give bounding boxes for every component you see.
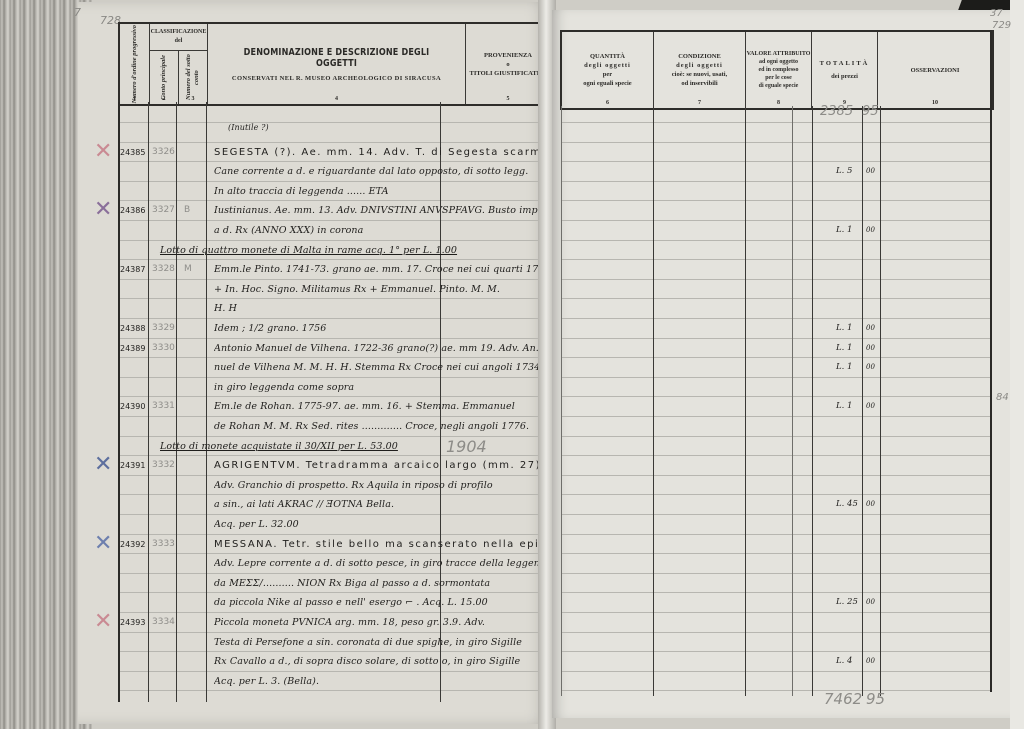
main-account-number: 3326 [152,147,175,157]
price-cents: 00 [866,402,875,410]
column-number: 2 [150,96,178,102]
entry-description-line: Adv. Granchio di prospetto. Rx Aquila in… [214,480,493,491]
ruled-line [119,651,548,652]
right-page-edge [1010,0,1024,729]
ruled-line [562,220,990,221]
main-account-number: 3330 [152,343,175,353]
header-col-price-total: TOTALITÀ dei prezzi 9 [812,32,878,108]
entry-description-line: a sin., ai lati AKRAC // ƎOTNA Bella. [214,499,394,510]
ruled-line [119,494,548,495]
header-label: CLASSIFICAZIONE [151,28,207,37]
ruled-line [119,122,548,123]
carry-forward-cents: 95 [862,104,879,119]
ruled-line [119,220,548,221]
column-number: 4 [208,96,465,102]
entry-number: 24388 [120,324,145,333]
entry-number: 24391 [120,461,145,470]
column-divider [176,102,177,702]
entry-description-line: in giro leggenda come sopra [214,382,354,393]
ruled-line [119,573,548,574]
pencil-year-note: 1904 [446,437,487,456]
ruled-line [562,396,990,397]
column-number: 6 [562,100,653,106]
entry-description-line: Cane corrente a d. e riguardante dal lat… [214,166,528,177]
cross-mark: ✕ [94,611,112,633]
header-label: degli oggetti [676,61,723,70]
ruled-line [562,592,990,593]
entry-description-line: MESSANA. Tetr. stile bello ma scanserato… [214,539,544,550]
entry-description-line: Rx Cavallo a d., di sopra disco solare, … [214,656,520,667]
ruled-line [119,416,548,417]
right-page-border [990,30,992,692]
ruled-line [562,436,990,437]
ruled-line [562,259,990,260]
column-number: 7 [654,100,745,106]
column-number: 10 [878,100,992,106]
ruled-line [119,690,548,691]
header-col-progressive-number: Numero d'ordine progressivo 1 [120,24,150,104]
ruled-line [119,259,548,260]
column-divider [206,102,207,702]
open-ledger-book: 7 728 Numero d'ordine progressivo 1 CLAS… [0,0,1024,729]
ruled-line [562,534,990,535]
entry-number: 24386 [120,206,145,215]
ruled-line [562,690,990,691]
header-col-condition: CONDIZIONE degli oggetti cioè: se nuovi,… [654,32,746,108]
entry-description-line: Emm.le Pinto. 1741-73. grano ae. mm. 17.… [214,264,544,275]
right-page-border [561,106,562,696]
entry-description-line: Acq. per L. 32.00 [214,519,299,530]
ruled-line [562,416,990,417]
ruled-line [562,240,990,241]
ruled-line [119,200,548,201]
entry-number: 24392 [120,540,145,549]
ruled-line [119,612,548,613]
entry-description-line: AGRIGENTVM. Tetradramma arcaico largo (m… [214,460,544,471]
ruled-line [119,396,548,397]
ruled-line [119,377,548,378]
ruled-line [562,612,990,613]
header-label: o [506,60,509,69]
price-cents: 00 [866,344,875,352]
ruled-line [562,573,990,574]
price-lire: L. 4 [836,656,852,666]
ruled-line [562,142,990,143]
ruled-line [119,279,548,280]
header-col-description: DENOMINAZIONE E DESCRIZIONE DEGLI OGGETT… [208,24,466,104]
main-account-number: 3331 [152,401,175,411]
entry-number: 24390 [120,402,145,411]
price-cents: 00 [866,500,875,508]
ruled-line [562,455,990,456]
header-col-attributed-value: VALORE ATTRIBUITO ad ogni oggetto ed in … [746,32,812,108]
entry-number: 24387 [120,265,145,274]
price-lire: L. 1 [836,225,852,235]
header-label: per [603,70,612,79]
ruled-line [562,338,990,339]
entry-description-line: In alto traccia di leggenda ...... ETA [214,186,389,197]
entry-description-line: Em.le de Rohan. 1775-97. ae. mm. 16. + S… [214,401,515,412]
ruled-line [119,318,548,319]
header-label: ad ogni oggetto [759,58,798,66]
ruled-line [562,298,990,299]
entry-description-line: (Inutile ?) [228,123,269,132]
ruled-line [562,279,990,280]
header-label: del [175,37,183,46]
entry-description-line: Antonio Manuel de Vilhena. 1722-36 grano… [214,343,544,354]
header-label: degli oggetti [584,61,631,70]
ruled-line [119,671,548,672]
ruled-line [562,122,990,123]
header-label: VALORE ATTRIBUITO [747,50,811,58]
ruled-line [562,200,990,201]
left-header: Numero d'ordine progressivo 1 CLASSIFICA… [118,22,552,106]
ruled-line [562,181,990,182]
header-title: DENOMINAZIONE E DESCRIZIONE DEGLI OGGETT… [227,47,445,69]
ruled-line [119,534,548,535]
header-label: dei prezzi [831,72,858,81]
price-lire: L. 5 [836,166,852,176]
column-divider [653,106,654,696]
header-label: TITOLI GIUSTIFICATIVI [470,69,547,78]
header-label: TOTALITÀ [820,59,870,68]
ruled-line [562,357,990,358]
ruled-line [562,553,990,554]
ruled-line [562,475,990,476]
ruled-line [119,514,548,515]
entry-description-line: a d. Rx (ANNO XXX) in corona [214,225,363,236]
ruled-line [119,592,548,593]
cross-mark: ✕ [94,141,112,163]
column-divider [745,106,746,696]
column-number: 3 [178,96,208,102]
header-label: cioè: se nuovi, usati, [672,70,727,79]
price-cents: 00 [866,324,875,332]
cross-mark: ✕ [94,199,112,221]
ruled-line [119,181,548,182]
ruled-line [119,142,548,143]
ruled-line [562,651,990,652]
right-folio-number: 729 [992,20,1011,31]
page-total-cents: 95 [866,690,885,708]
ruled-line [562,671,990,672]
entry-number: 24393 [120,618,145,627]
lot-heading: Lotto di quattro monete di Malta in rame… [160,245,457,256]
entry-description-line: + In. Hoc. Signo. Militamus Rx + Emmanue… [214,284,500,295]
price-lire: L. 1 [836,362,852,372]
price-cents: 00 [866,167,875,175]
ruled-line [119,553,548,554]
header-label: QUANTITÀ [590,52,625,61]
price-cents: 00 [866,657,875,665]
column-number: 1 [120,96,149,102]
price-cents: 00 [866,598,875,606]
ruled-line [562,632,990,633]
header-col-observations: OSSERVAZIONI 10 [878,32,992,108]
entry-description-line: Testa di Persefone a sin. coronata di du… [214,637,522,648]
right-header: QUANTITÀ degli oggetti per ogni eguali s… [560,30,994,110]
entry-description-line: Idem ; 1/2 grano. 1756 [214,323,326,334]
main-account-number: 3327 [152,205,175,215]
header-col-sub-account: Numero del sotto conto 3 [178,51,208,104]
ruled-line [119,338,548,339]
ruled-line [119,240,548,241]
price-cents: 00 [866,226,875,234]
header-label: ed in complesso [758,66,798,74]
ruled-line [562,377,990,378]
header-label: di eguale specie [759,82,799,90]
header-label: CONDIZIONE [678,52,721,61]
entry-description-line: de Rohan M. M. Rx Sed. rites ...........… [214,421,529,432]
main-account-number: 3333 [152,539,175,549]
header-label: PROVENIENZA [484,51,532,60]
entry-number: 24385 [120,148,145,157]
header-label: od inservibili [681,79,717,88]
ruled-line [119,632,548,633]
price-lire: L. 25 [836,597,858,607]
header-col-classification: CLASSIFICAZIONE del Conto principale 2 N… [150,24,208,104]
ruled-line [562,514,990,515]
header-label: OSSERVAZIONI [911,66,960,75]
header-col-quantity: QUANTITÀ degli oggetti per ogni eguali s… [562,32,654,108]
lot-heading: Lotto di monete acquistate il 30/XII per… [160,441,398,452]
margin-mark: 7 [74,6,81,19]
ruled-line [119,475,548,476]
page-total-lire: 7462 [824,690,862,708]
price-lire: L. 1 [836,401,852,411]
price-lire: L. 1 [836,343,852,353]
main-account-number: 3332 [152,460,175,470]
entry-description-line: Piccola moneta PVNICA arg. mm. 18, peso … [214,617,485,628]
header-label: Conto principale [160,55,168,100]
ruled-line [562,161,990,162]
header-col-main-account: Conto principale 2 [150,51,179,104]
price-lire: L. 1 [836,323,852,333]
column-divider [862,106,863,696]
ruled-line [562,494,990,495]
main-account-number: 3329 [152,323,175,333]
ruled-line [562,318,990,319]
entry-description-line: nuel de Vilhena M. M. H. H. Stemma Rx Cr… [214,362,540,373]
entry-description-line: da MEΣΣ/.......... NION Rx Biga al passo… [214,578,490,589]
entry-description-line: Acq. per L. 3. (Bella). [214,676,319,687]
entry-description-line: Adv. Lepre corrente a d. di sotto pesce,… [214,558,540,569]
ruled-line [119,357,548,358]
column-divider [148,102,149,702]
header-label: ogni eguali specie [583,79,631,88]
price-lire: L. 45 [836,499,858,509]
cross-mark: ✕ [94,533,112,555]
ruled-line [119,161,548,162]
main-account-number: 3328 [152,264,175,274]
main-account-number: 3334 [152,617,175,627]
sub-account-code: B [184,205,190,215]
column-divider [880,106,881,696]
column-divider [812,106,813,696]
column-number: 8 [746,100,811,106]
entry-description-line: H. H [214,303,237,314]
entry-number: 24389 [120,344,145,353]
sub-account-code: M [184,264,192,274]
price-cents: 00 [866,363,875,371]
right-folio-top: 37 [990,8,1003,19]
entry-description-line: SEGESTA (?). Ae. mm. 14. Adv. T. di Sege… [214,147,544,158]
margin-pencil-note: 84 [996,392,1009,403]
entry-description-line: Iustinianus. Ae. mm. 13. Adv. DNIVSTINI … [214,205,544,216]
entry-description-line: da piccola Nike al passo e nell' esergo … [214,597,488,608]
column-divider [792,106,793,696]
carry-forward-lire: 2385 [820,104,853,119]
header-subtitle: CONSERVATI NEL R. MUSEO ARCHEOLOGICO DI … [232,75,441,82]
cross-mark: ✕ [94,454,112,476]
header-label: per le cose [765,74,792,82]
header-label: Numero d'ordine progressivo [131,25,139,103]
ruled-line [119,298,548,299]
